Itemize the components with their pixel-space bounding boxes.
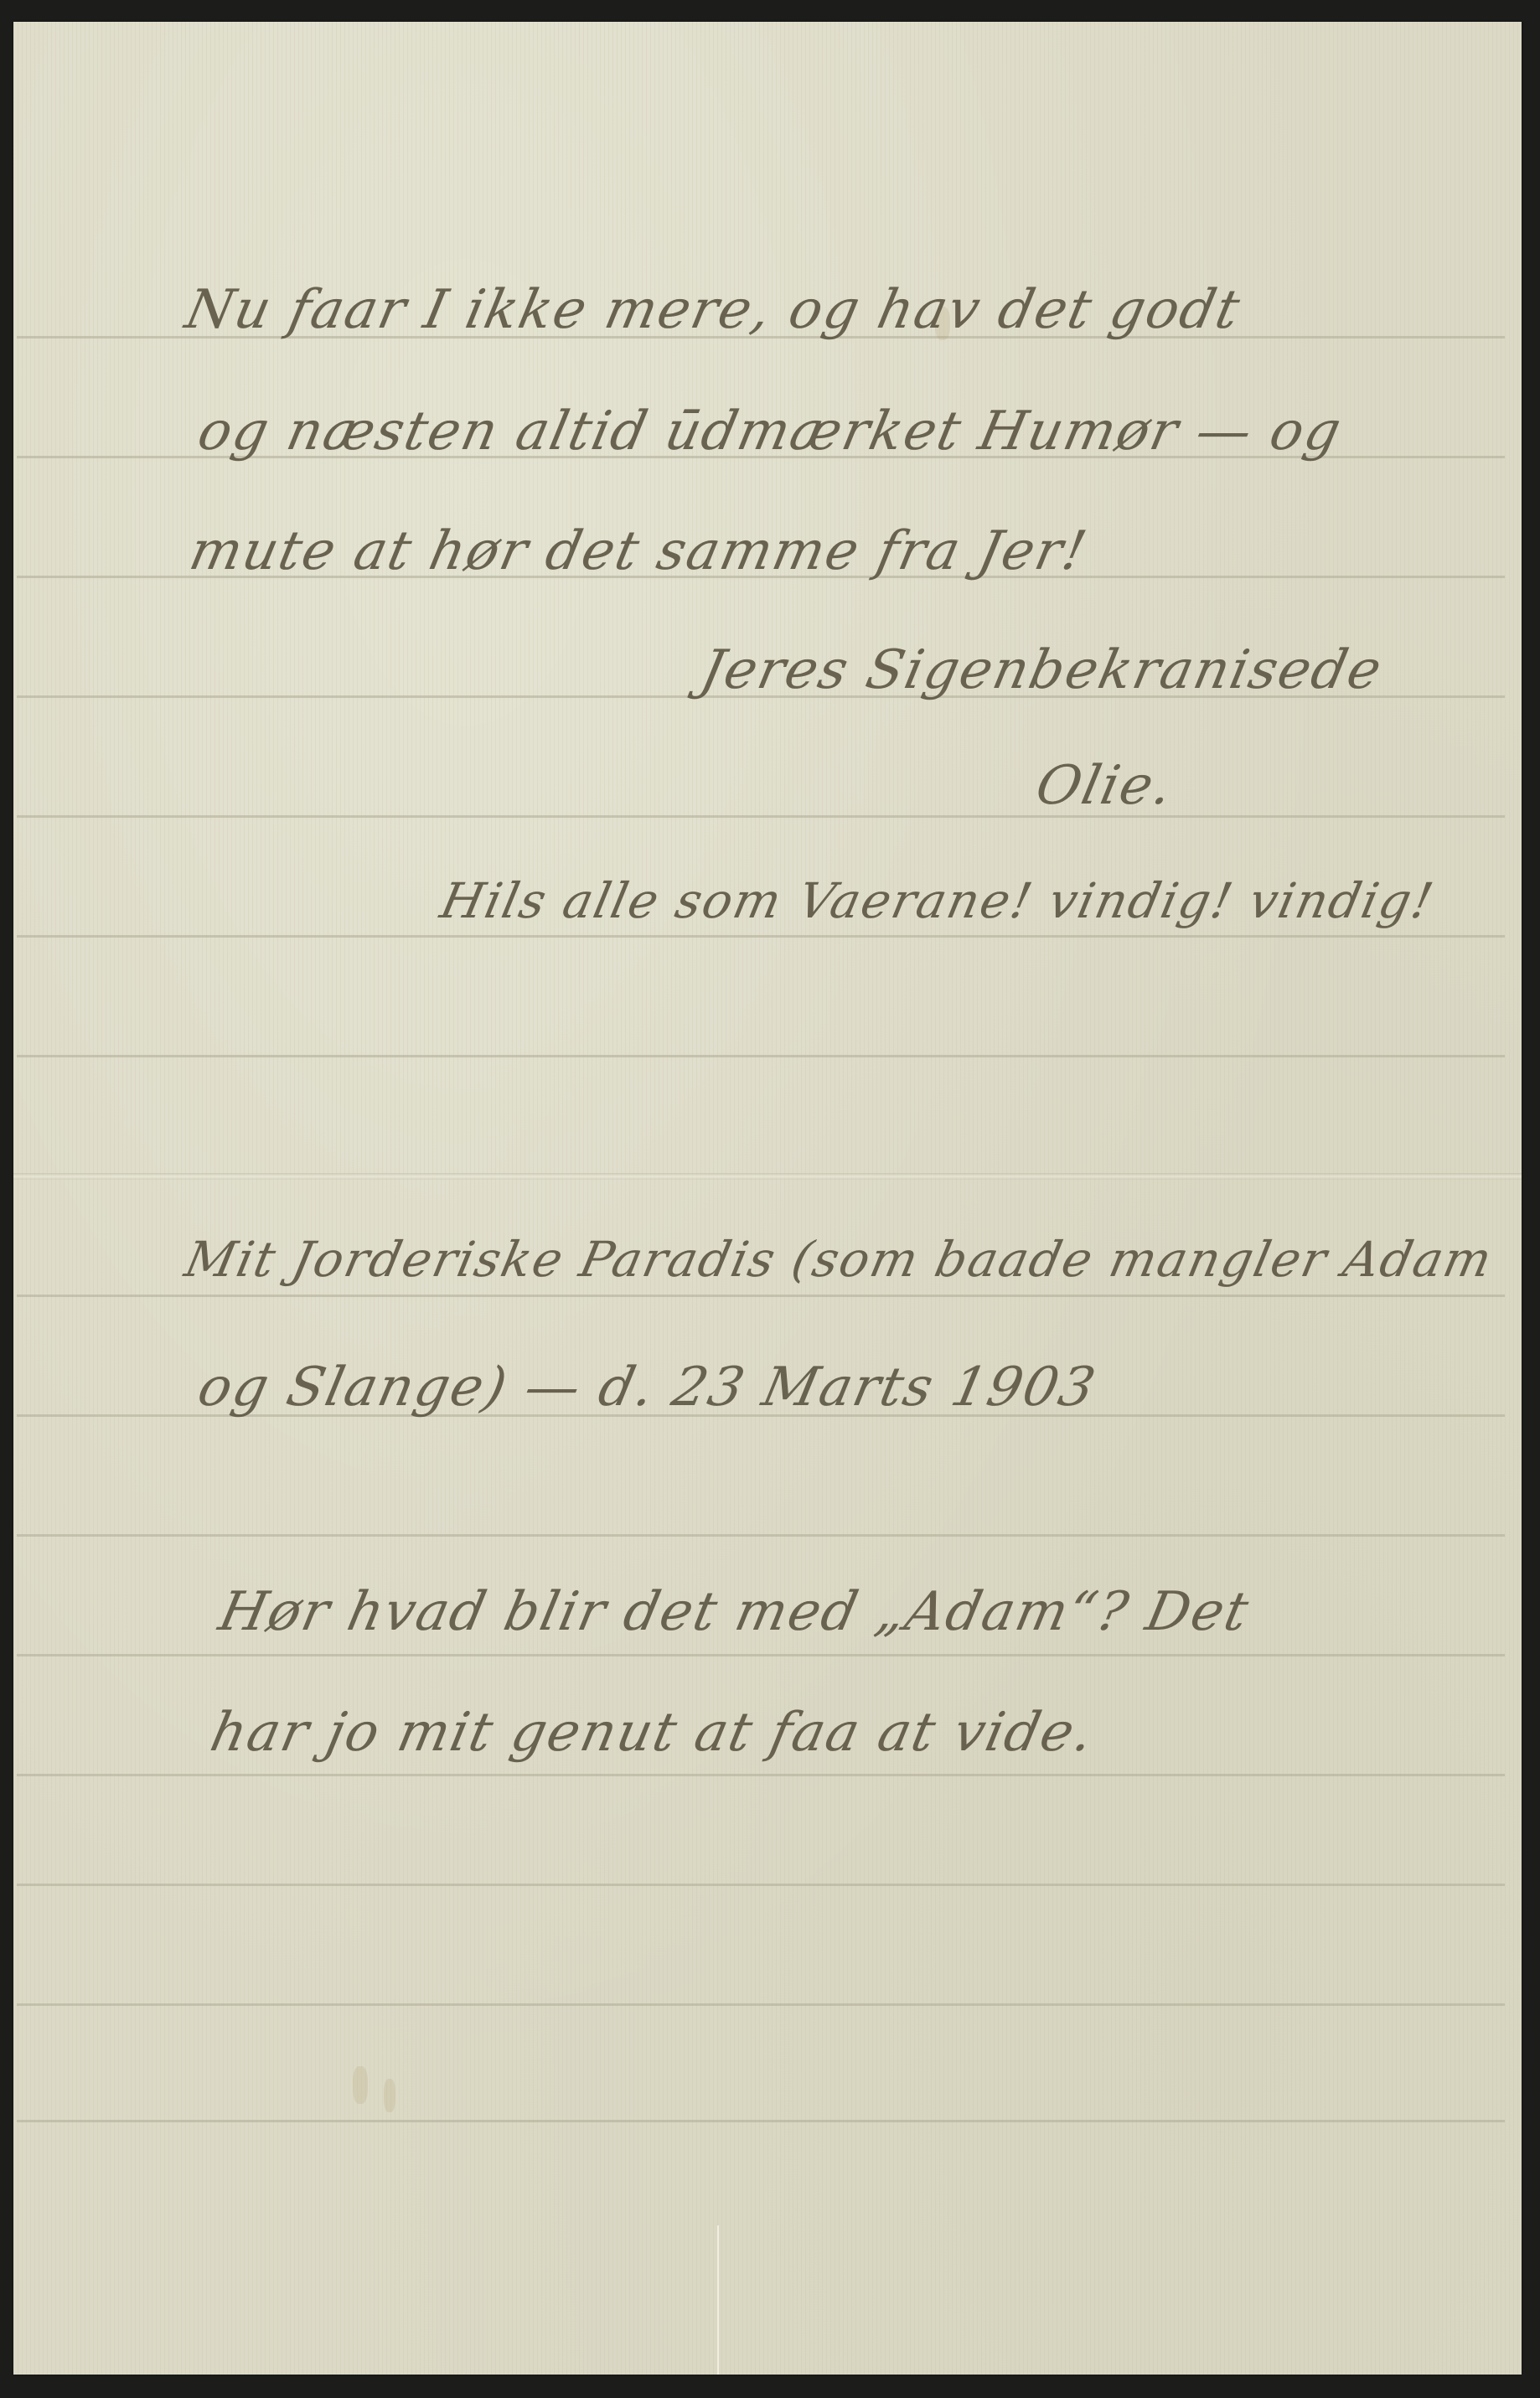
note-line-2-date: og Slange) — d. 23 Marts 1903: [194, 1361, 1101, 1414]
paper-tear: [717, 2225, 719, 2375]
ruled-line: [17, 1654, 1505, 1656]
letter-line-2: og næsten altid ūdmærket Humør — og: [194, 405, 1346, 458]
paper-stain: [353, 2066, 368, 2104]
letter-postscript: Hils alle som Vaerane! vindig! vindig!: [437, 876, 1439, 925]
letter-signature: Olie.: [1031, 759, 1178, 813]
letter-page: Nu faar I ikke mere, og hav det godt og …: [13, 22, 1522, 2375]
paper-stain: [384, 2079, 395, 2112]
note-line-3: Hør hvad blir det med „Adam“? Det: [214, 1585, 1254, 1639]
ruled-line: [17, 1884, 1505, 1886]
note-line-1: Mit Jorderiske Paradis (som baade mangle…: [181, 1235, 1497, 1284]
ruled-line: [17, 815, 1505, 818]
note-line-4: har jo mit genut at faa at vide.: [206, 1706, 1099, 1760]
ruled-line: [17, 1295, 1505, 1297]
ruled-line: [17, 2003, 1505, 2006]
ruled-line: [17, 1774, 1505, 1776]
ruled-line: [17, 1534, 1505, 1537]
letter-line-3: mute at hør det samme fra Jer!: [185, 525, 1092, 578]
ruled-line: [17, 935, 1505, 938]
letter-line-1: Nu faar I ikke mere, og hav det godt: [181, 283, 1246, 337]
paper-fold: [13, 1173, 1522, 1180]
ruled-line: [17, 1055, 1505, 1057]
letter-closing: Jeres Sigenbekranisede: [696, 643, 1388, 697]
ruled-line: [17, 2120, 1505, 2122]
